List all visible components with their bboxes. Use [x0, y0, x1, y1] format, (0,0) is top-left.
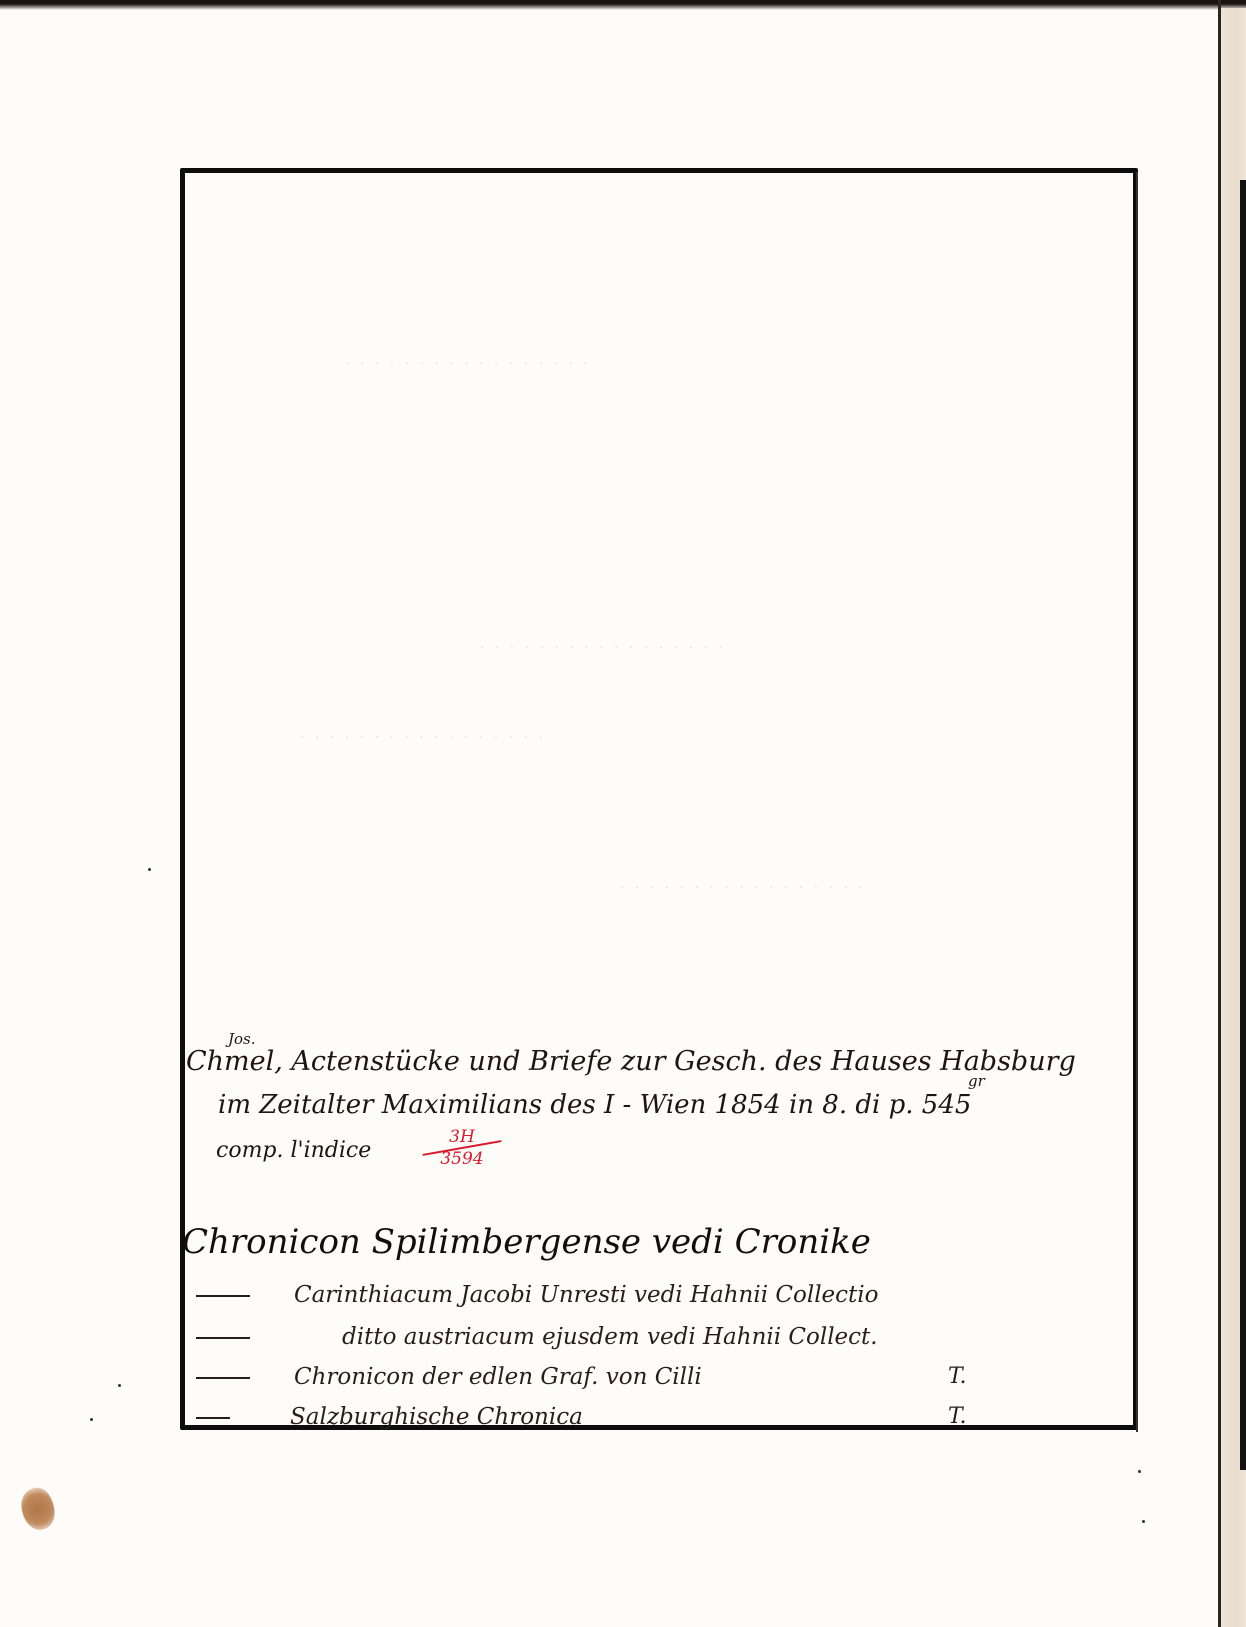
- bleed-through-text: · · · · · · · · · · · · · · · · ·: [620, 880, 866, 896]
- paper-speck: [1142, 1520, 1145, 1523]
- sub-entry-text: ditto austriacum ejusdem vedi Hahnii Col…: [342, 1324, 878, 1350]
- sub-entry: Salzburghische Chronica T.: [196, 1404, 583, 1430]
- bleed-through-text: · · · · · · · · · · · · · · · · ·: [345, 356, 591, 372]
- entry-line-3: comp. l'indice: [216, 1138, 371, 1163]
- sub-entry: ditto austriacum ejusdem vedi Hahnii Col…: [196, 1324, 878, 1350]
- paper-stain: [16, 1484, 60, 1534]
- sub-entry: Chronicon der edlen Graf. von Cilli T.: [196, 1364, 702, 1390]
- ditto-dash: [196, 1337, 250, 1339]
- shelfmark-annotation: 3H 3594: [422, 1128, 502, 1168]
- ditto-dash: [196, 1417, 230, 1419]
- paper-speck: [1138, 1470, 1141, 1473]
- paper-speck: [90, 1418, 93, 1421]
- sub-entry-mark: T.: [948, 1404, 966, 1429]
- entry-line-2: im Zeitalter Maximilians des I - Wien 18…: [218, 1090, 971, 1120]
- next-page-frame-edge: [1240, 180, 1246, 1470]
- paper-speck: [148, 868, 151, 871]
- sub-entry: Carinthiacum Jacobi Unresti vedi Hahnii …: [196, 1282, 879, 1308]
- ditto-dash: [196, 1295, 250, 1297]
- bleed-through-text: · · · · · · · · · · · · · · · · ·: [300, 730, 546, 746]
- entry-line-1: Chmel, Actenstücke und Briefe zur Gesch.…: [186, 1046, 1076, 1077]
- page-frame-shadow: [1136, 172, 1138, 1432]
- ditto-dash: [196, 1377, 250, 1379]
- scanned-page: · · · · · · · · · · · · · · · · · · · · …: [0, 0, 1246, 1627]
- sub-entry-mark: T.: [948, 1364, 966, 1389]
- paper-speck: [118, 1384, 121, 1387]
- heading-entry: Chronicon Spilimbergense vedi Cronike: [182, 1222, 871, 1262]
- sub-entry-text: Salzburghische Chronica: [290, 1404, 583, 1430]
- entry-format-superscript: gr: [968, 1072, 985, 1090]
- bleed-through-text: · · · · · · · · · · · · · · · · ·: [480, 640, 726, 656]
- sub-entry-text: Chronicon der edlen Graf. von Cilli: [294, 1364, 702, 1390]
- scan-top-shadow: [0, 0, 1246, 10]
- sub-entry-text: Carinthiacum Jacobi Unresti vedi Hahnii …: [294, 1282, 879, 1308]
